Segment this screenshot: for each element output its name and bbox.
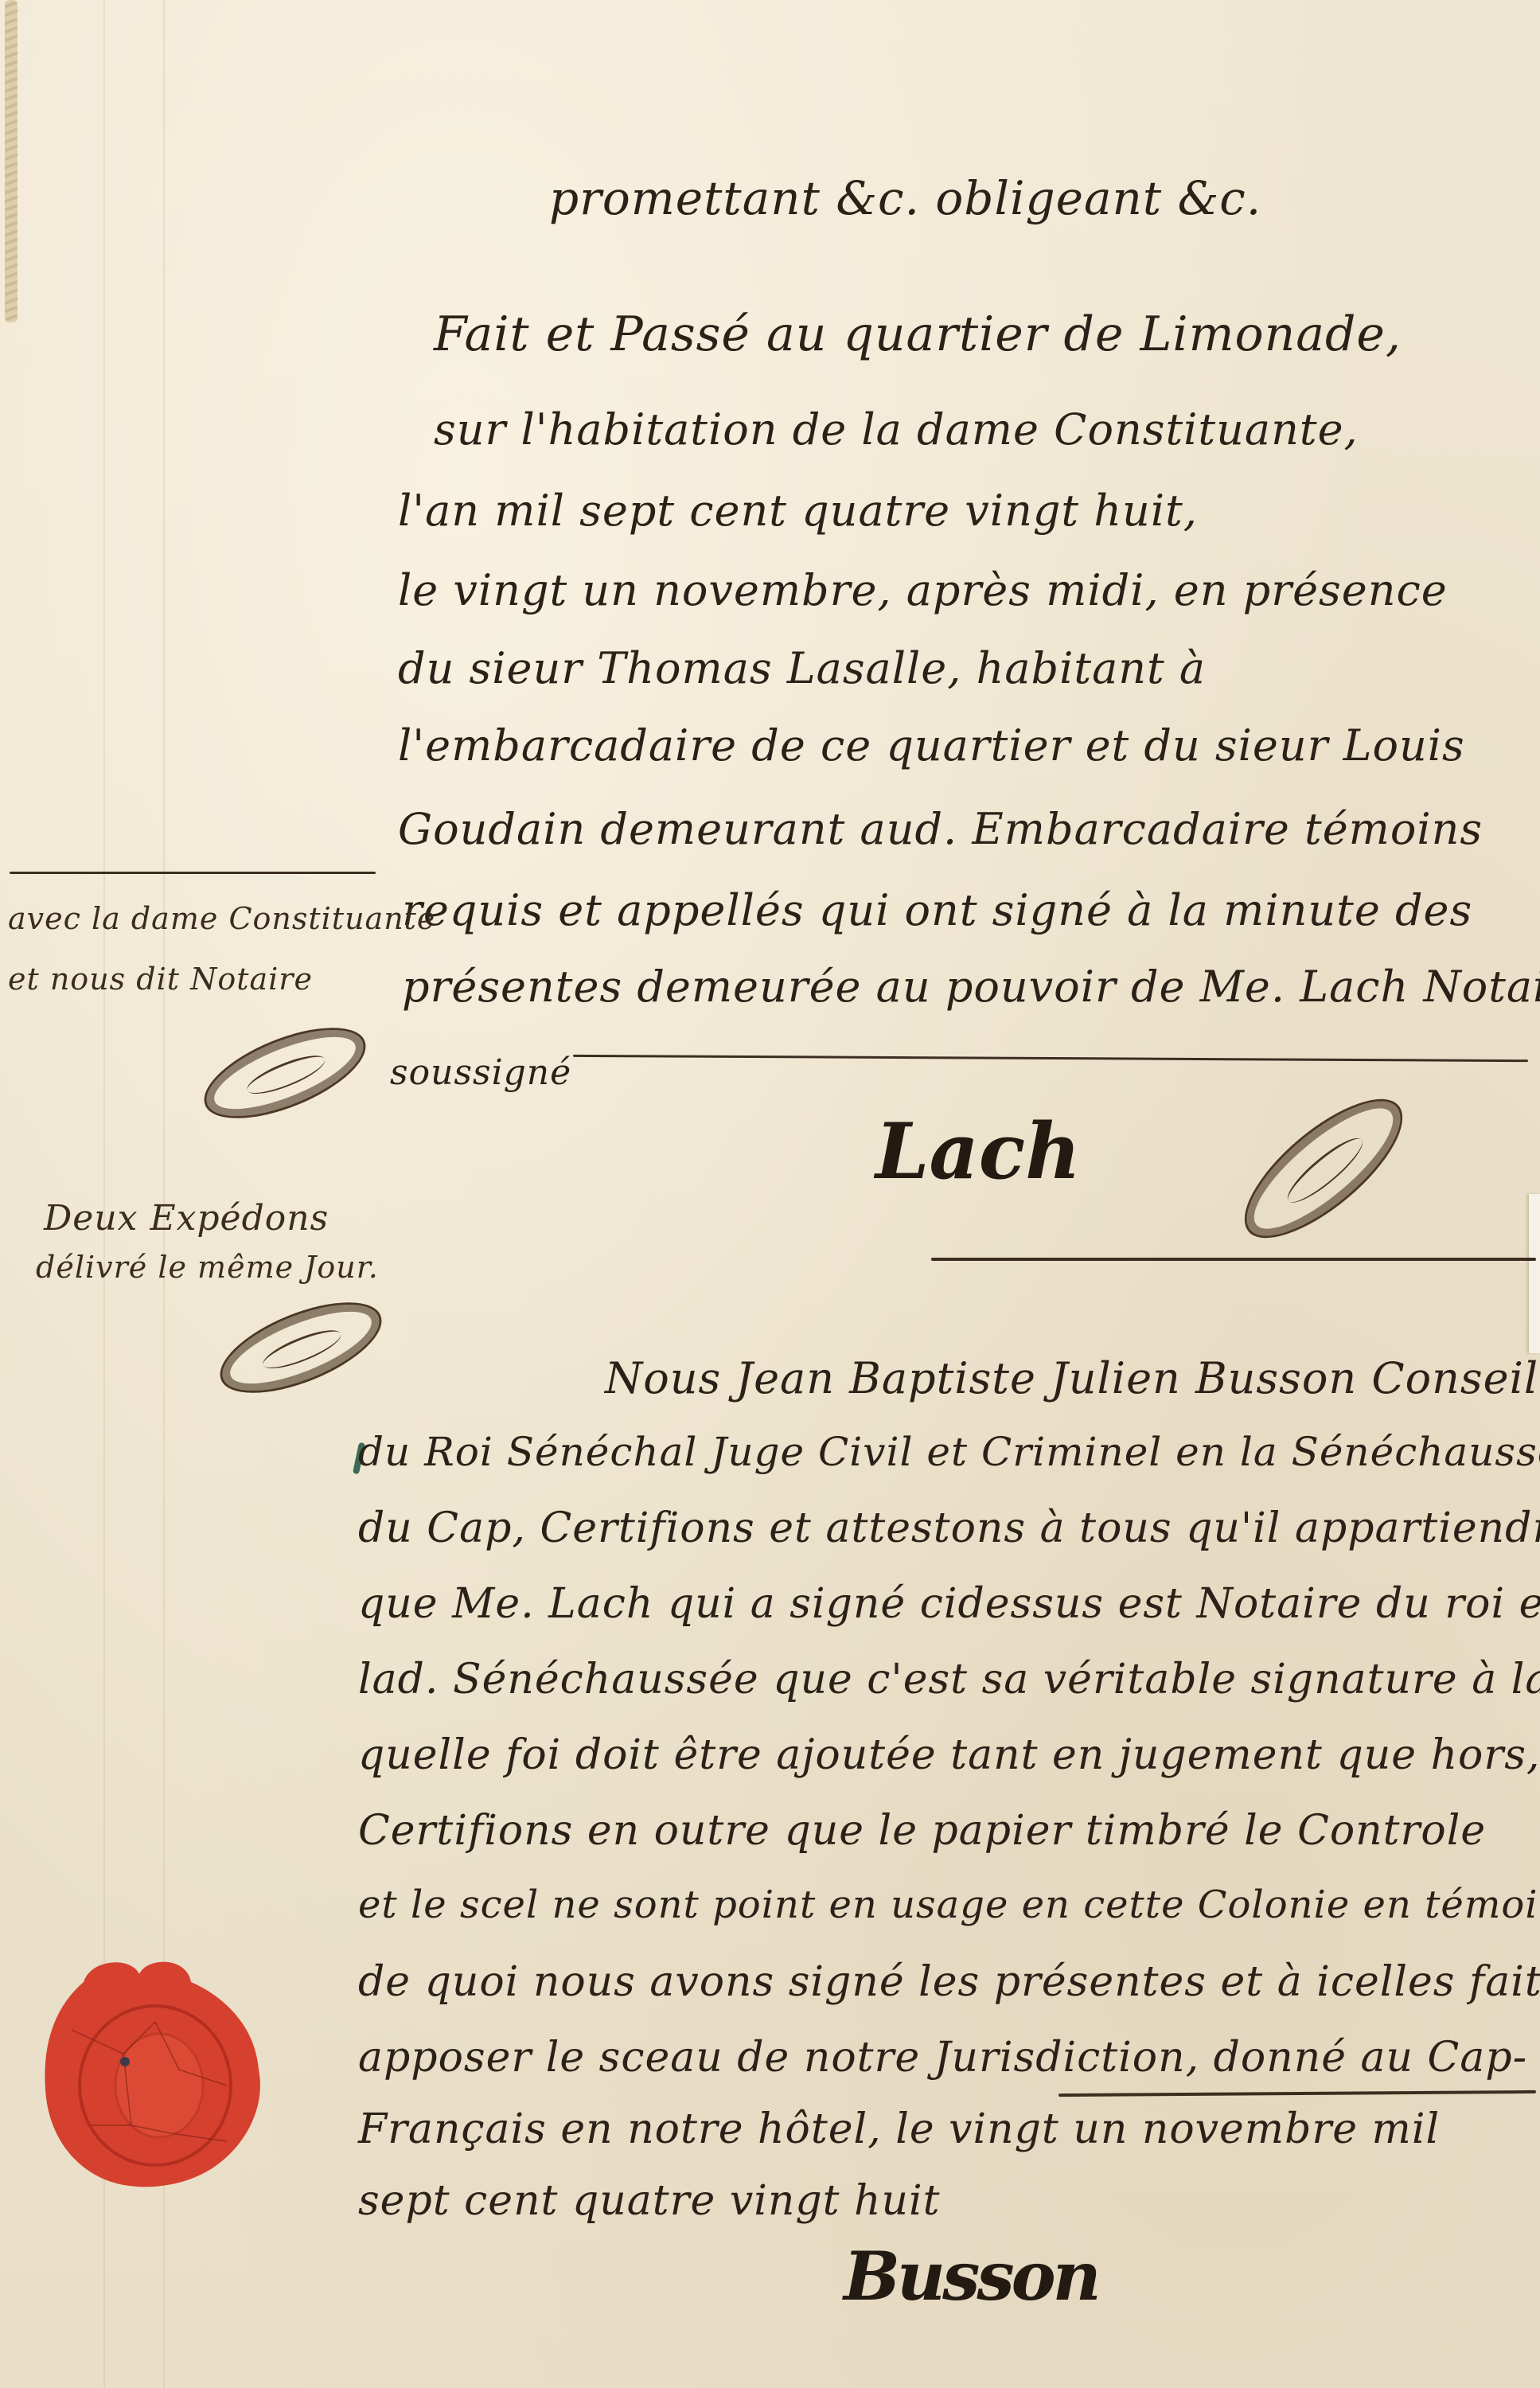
act-line: Fait et Passé au quartier de Limonade, — [434, 306, 1402, 362]
closing-rule — [1059, 2090, 1536, 2097]
closing-rule — [573, 1055, 1528, 1062]
legalization-line: Nous Jean Baptiste Julien Busson Conseil… — [605, 1353, 1540, 1403]
act-line: l'embarcadaire de ce quartier et du sieu… — [398, 720, 1465, 771]
legalization-line: lad. Sénéchaussée que c'est sa véritable… — [358, 1656, 1540, 1703]
legalization-line: du Cap, Certifions et attestons à tous q… — [358, 1504, 1540, 1552]
margin-addition-line: et nous dit Notaire — [8, 962, 313, 997]
paraph-flourish-icon — [209, 1284, 393, 1412]
legalization-line: sept cent quatre vingt huit — [358, 2177, 941, 2225]
paper-edge-tear — [1529, 1194, 1540, 1353]
act-line: Goudain demeurant aud. Embarcadaire témo… — [398, 804, 1483, 854]
paraph-flourish-icon — [1224, 1076, 1423, 1261]
legalization-line: apposer le sceau de notre Jurisdiction, … — [358, 2034, 1527, 2082]
legalization-line: Français en notre hôtel, le vingt un nov… — [358, 2105, 1440, 2153]
act-line: sur l'habitation de la dame Constituante… — [434, 404, 1359, 455]
legalization-line: de quoi nous avons signé les présentes e… — [358, 1958, 1540, 2006]
legalization-line: quelle foi doit être ajoutée tant en jug… — [358, 1731, 1540, 1779]
act-line: du sieur Thomas Lasalle, habitant à — [398, 643, 1206, 693]
wax-seal-icon — [36, 1950, 275, 2197]
act-line: l'an mil sept cent quatre vingt huit, — [398, 486, 1198, 536]
act-line: le vingt un novembre, après midi, en pré… — [398, 565, 1448, 615]
judge-signature: Busson — [844, 2237, 1098, 2316]
paraph-flourish-icon — [193, 1009, 377, 1137]
act-line: promettant &c. obligeant &c. — [549, 171, 1261, 225]
legalization-line: que Me. Lach qui a signé cidessus est No… — [358, 1580, 1540, 1628]
act-line: soussigné — [390, 1052, 571, 1093]
margin-note-line: délivré le même Jour. — [36, 1250, 379, 1285]
binding-string — [5, 0, 18, 322]
margin-note-line: Deux Expédons — [44, 1198, 329, 1239]
signature-underline — [931, 1258, 1536, 1261]
legalization-line: du Roi Sénéchal Juge Civil et Criminel e… — [358, 1429, 1540, 1475]
insertion-mark-line — [10, 872, 376, 874]
margin-addition-line: avec la dame Constituante — [8, 901, 435, 936]
notary-signature: Lach — [875, 1106, 1081, 1196]
legalization-line: Certifions en outre que le papier timbré… — [358, 1807, 1486, 1855]
act-line: présentes demeurée au pouvoir de Me. Lac… — [402, 962, 1540, 1012]
document-page: promettant &c. obligeant &c. Fait et Pas… — [0, 0, 1540, 2388]
act-line: requis et appellés qui ont signé à la mi… — [402, 885, 1472, 935]
legalization-line: et le scel ne sont point en usage en cet… — [358, 1883, 1540, 1927]
